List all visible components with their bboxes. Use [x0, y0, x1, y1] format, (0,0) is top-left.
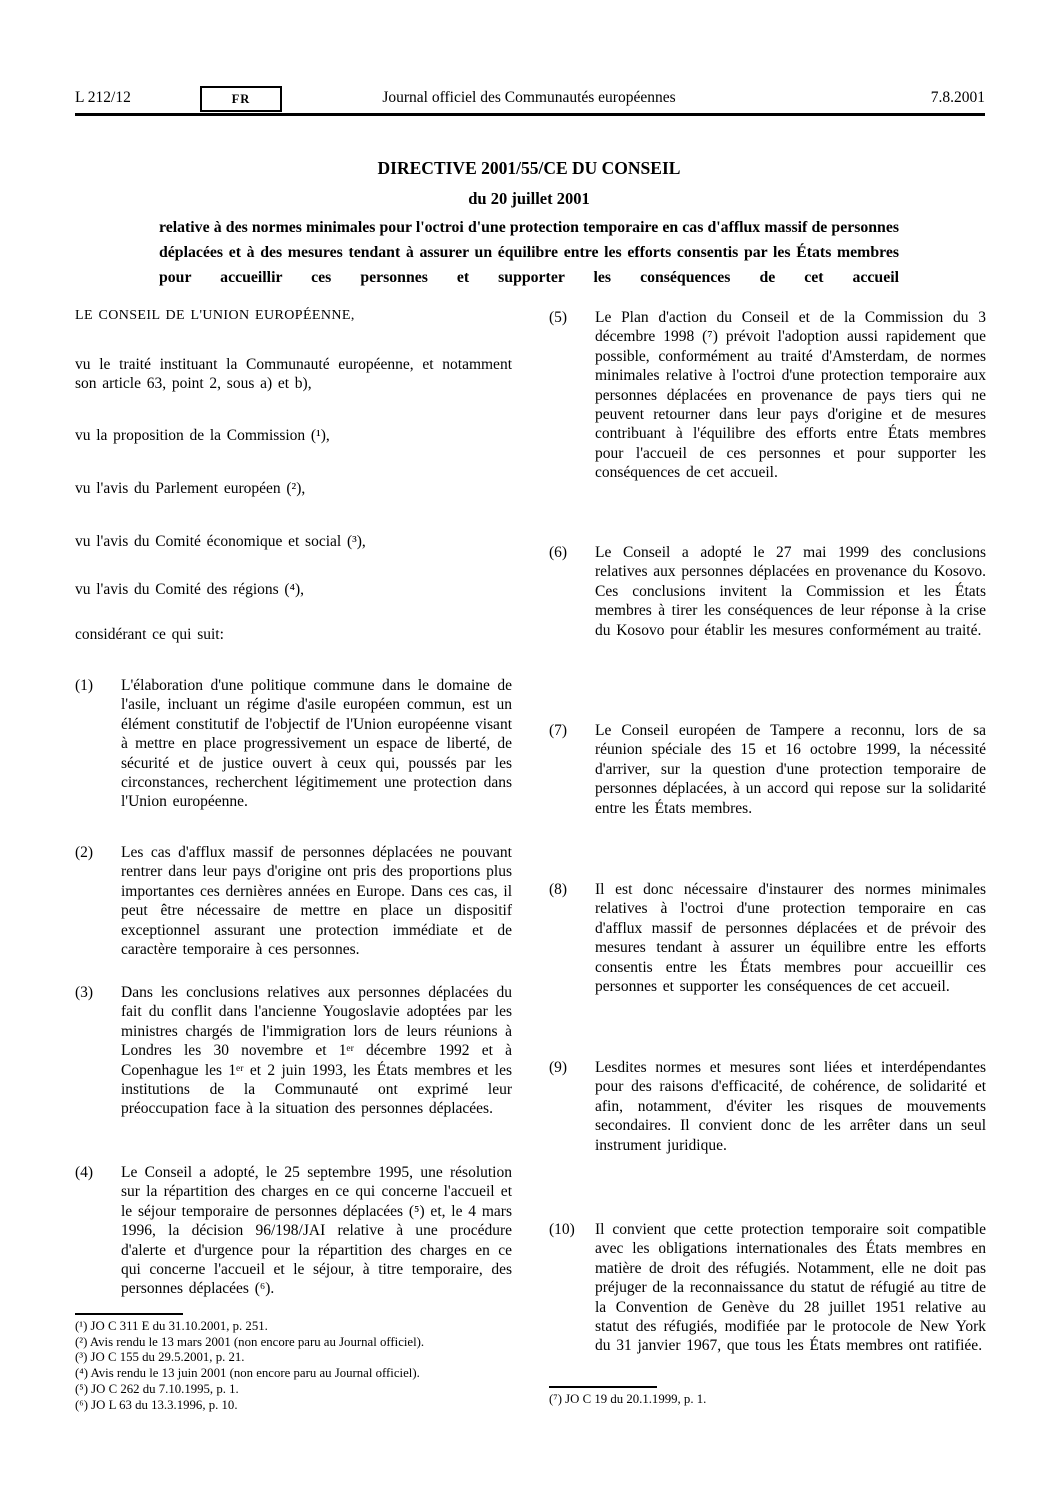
recital-3: (3) Dans les conclusions relatives aux p…	[75, 983, 512, 1119]
recital-text: Le Conseil a adopté le 27 mai 1999 des c…	[595, 543, 986, 640]
recital-number: (9)	[549, 1058, 595, 1155]
preamble-line: LE CONSEIL DE L'UNION EUROPÉENNE,	[75, 306, 512, 325]
footnote: (⁴) Avis rendu le 13 juin 2001 (non enco…	[75, 1366, 520, 1382]
recital-number: (7)	[549, 721, 595, 818]
recital-text: L'élaboration d'une politique commune da…	[121, 676, 512, 812]
footnotes-right: (⁷) JO C 19 du 20.1.1999, p. 1.	[549, 1392, 986, 1408]
preamble-line: vu l'avis du Parlement européen (²),	[75, 479, 512, 498]
preamble-line: vu le traité instituant la Communauté eu…	[75, 355, 512, 394]
footnote: (⁷) JO C 19 du 20.1.1999, p. 1.	[549, 1392, 986, 1408]
preamble-line: vu l'avis du Comité des régions (⁴),	[75, 580, 512, 599]
recital-2: (2) Les cas d'afflux massif de personnes…	[75, 843, 512, 959]
document-page: Journal officiel des Communautés europée…	[0, 0, 1058, 1497]
directive-subtitle: relative à des normes minimales pour l'o…	[159, 215, 899, 290]
footnote: (²) Avis rendu le 13 mars 2001 (non enco…	[75, 1335, 520, 1351]
footnote: (³) JO C 155 du 29.5.2001, p. 21.	[75, 1350, 520, 1366]
recital-text: Le Plan d'action du Conseil et de la Com…	[595, 308, 986, 483]
recital-text: Lesdites normes et mesures sont liées et…	[595, 1058, 986, 1155]
recital-1: (1) L'élaboration d'une politique commun…	[75, 676, 512, 812]
footnote: (⁶) JO L 63 du 13.3.1996, p. 10.	[75, 1398, 520, 1414]
recital-number: (3)	[75, 983, 121, 1119]
footnotes-left: (¹) JO C 311 E du 31.10.2001, p. 251. (²…	[75, 1319, 520, 1413]
recital-number: (6)	[549, 543, 595, 640]
recital-4: (4) Le Conseil a adopté, le 25 septembre…	[75, 1163, 512, 1299]
preamble-line: considérant ce qui suit:	[75, 625, 512, 644]
preamble-line: vu l'avis du Comité économique et social…	[75, 532, 512, 551]
footnote-separator	[549, 1386, 657, 1388]
directive-title: DIRECTIVE 2001/55/CE DU CONSEIL	[0, 158, 1058, 179]
recital-6: (6) Le Conseil a adopté le 27 mai 1999 d…	[549, 543, 986, 640]
recital-number: (8)	[549, 880, 595, 996]
recital-number: (4)	[75, 1163, 121, 1299]
recital-text: Les cas d'afflux massif de personnes dép…	[121, 843, 512, 959]
recital-8: (8) Il est donc nécessaire d'instaurer d…	[549, 880, 986, 996]
header-rule	[75, 113, 985, 116]
recital-text: Le Conseil européen de Tampere a reconnu…	[595, 721, 986, 818]
recital-text: Il est donc nécessaire d'instaurer des n…	[595, 880, 986, 996]
recital-7: (7) Le Conseil européen de Tampere a rec…	[549, 721, 986, 818]
recital-5: (5) Le Plan d'action du Conseil et de la…	[549, 308, 986, 483]
recital-number: (2)	[75, 843, 121, 959]
recital-9: (9) Lesdites normes et mesures sont liée…	[549, 1058, 986, 1155]
preamble-line: vu la proposition de la Commission (¹),	[75, 426, 512, 445]
recital-text: Le Conseil a adopté, le 25 septembre 199…	[121, 1163, 512, 1299]
recital-10: (10) Il convient que cette protection te…	[549, 1220, 986, 1356]
recital-number: (1)	[75, 676, 121, 812]
recital-number: (10)	[549, 1220, 595, 1356]
footnote-separator	[75, 1313, 183, 1315]
footnote: (⁵) JO C 262 du 7.10.1995, p. 1.	[75, 1382, 520, 1398]
recital-number: (5)	[549, 308, 595, 483]
recital-text: Il convient que cette protection tempora…	[595, 1220, 986, 1356]
recital-text: Dans les conclusions relatives aux perso…	[121, 983, 512, 1119]
header-date: 7.8.2001	[75, 89, 985, 107]
footnote: (¹) JO C 311 E du 31.10.2001, p. 251.	[75, 1319, 520, 1335]
directive-date: du 20 juillet 2001	[0, 189, 1058, 209]
